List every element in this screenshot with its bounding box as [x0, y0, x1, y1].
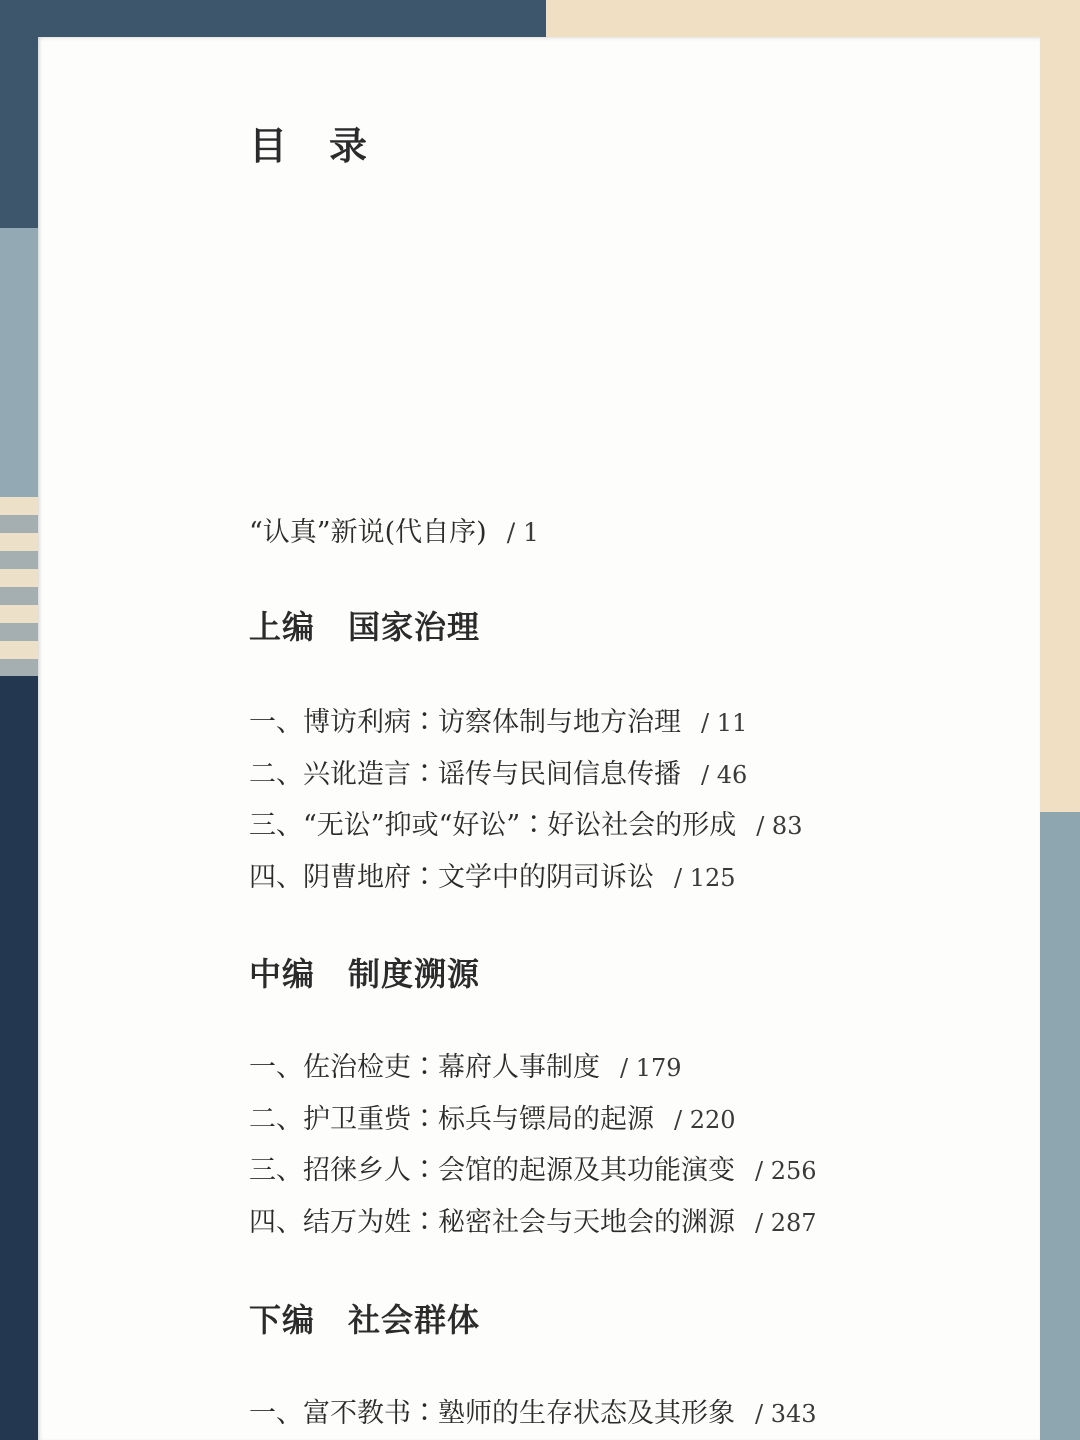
entry-label: 一、佐治检吏∶幕府人事制度	[249, 1052, 600, 1083]
entry-page-number: / 46	[701, 761, 747, 789]
preface-label: “认真”新说(代自序)	[249, 517, 487, 548]
entry-page-number: / 11	[701, 709, 747, 737]
entry-page-number: / 343	[755, 1400, 817, 1428]
entry-page-number: / 287	[755, 1209, 817, 1237]
preface-entry: “认真”新说(代自序)/ 1	[249, 510, 539, 549]
entry-page-number: / 220	[674, 1106, 736, 1134]
background-left-blue-block	[0, 228, 38, 497]
background-left-slate-block	[0, 37, 38, 228]
entry-label: 二、护卫重赀∶标兵与镖局的起源	[249, 1104, 654, 1135]
preface-page-number: / 1	[507, 518, 539, 547]
entry-label: 一、博访利病∶访察体制与地方治理	[249, 707, 681, 738]
background-left-navy-block	[0, 676, 38, 1440]
section-heading-state-governance: 上编 国家治理	[249, 602, 480, 648]
toc-entry: 二、兴讹造言∶谣传与民间信息传播/ 46	[249, 752, 747, 791]
toc-entry: 四、结万为姓∶秘密社会与天地会的渊源/ 287	[249, 1200, 817, 1239]
background-right-beige-block	[1040, 0, 1080, 812]
entry-page-number: / 179	[620, 1054, 682, 1082]
entry-page-number: / 83	[756, 812, 802, 840]
book-page: 目 录 “认真”新说(代自序)/ 1 上编 国家治理 一、博访利病∶访察体制与地…	[38, 37, 1040, 1440]
toc-entry: 一、博访利病∶访察体制与地方治理/ 11	[249, 700, 747, 739]
entry-label: 一、富不教书∶塾师的生存状态及其形象	[249, 1398, 735, 1429]
toc-entry: 三、招徕乡人∶会馆的起源及其功能演变/ 256	[249, 1148, 817, 1187]
background-band-beige	[546, 0, 1080, 41]
entry-page-number: / 256	[755, 1157, 817, 1185]
entry-label: 四、阴曹地府∶文学中的阴司诉讼	[249, 862, 654, 893]
entry-page-number: / 125	[674, 864, 736, 892]
toc-entry: 三、“无讼”抑或“好讼”∶好讼社会的形成/ 83	[249, 803, 802, 842]
section-heading-social-groups: 下编 社会群体	[249, 1295, 480, 1341]
background-left-striped-block	[0, 497, 38, 676]
background-right-blue-block	[1040, 812, 1080, 1440]
background-band-slate	[0, 0, 546, 37]
entry-label: 三、“无讼”抑或“好讼”∶好讼社会的形成	[249, 810, 736, 841]
entry-label: 二、兴讹造言∶谣传与民间信息传播	[249, 759, 681, 790]
entry-label: 三、招徕乡人∶会馆的起源及其功能演变	[249, 1155, 735, 1186]
toc-entry: 四、阴曹地府∶文学中的阴司诉讼/ 125	[249, 855, 736, 894]
entry-label: 四、结万为姓∶秘密社会与天地会的渊源	[249, 1207, 735, 1238]
toc-entry: 二、护卫重赀∶标兵与镖局的起源/ 220	[249, 1097, 736, 1136]
section-heading-institutions: 中编 制度溯源	[249, 949, 480, 995]
toc-entry: 一、富不教书∶塾师的生存状态及其形象/ 343	[249, 1391, 817, 1430]
toc-title: 目 录	[249, 115, 369, 170]
toc-entry: 一、佐治检吏∶幕府人事制度/ 179	[249, 1045, 682, 1084]
